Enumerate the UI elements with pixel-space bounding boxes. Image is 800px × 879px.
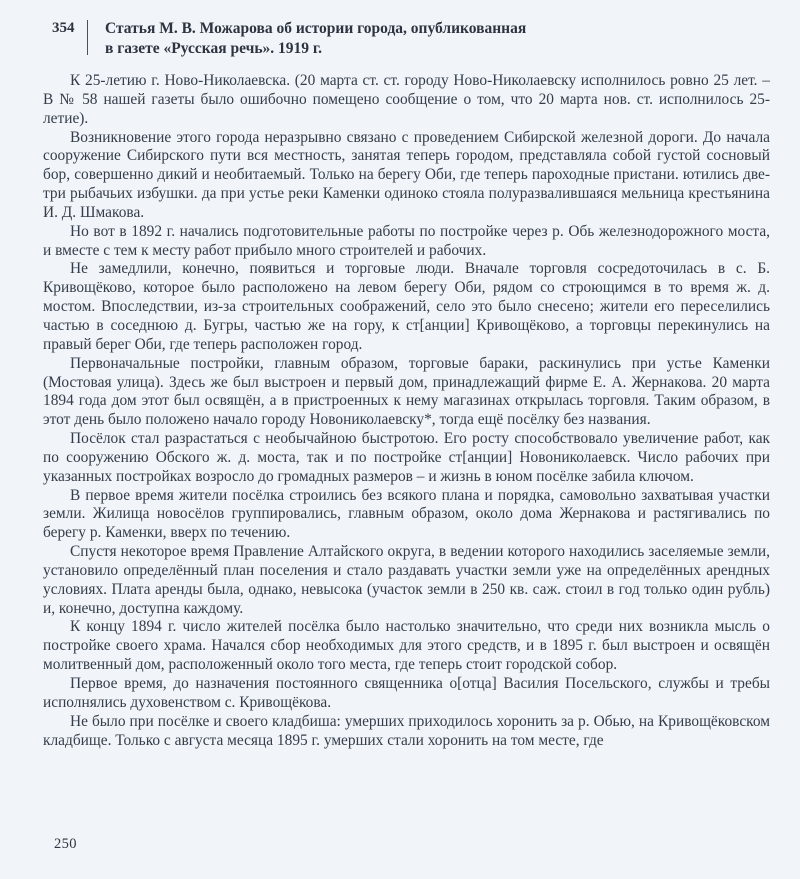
header-divider (87, 20, 89, 55)
article-paragraph: Спустя некоторое время Правление Алтайск… (43, 543, 770, 618)
article-paragraph: К 25-летию г. Ново-Николаевска. (20 март… (43, 72, 770, 129)
page-header: 354 Статья М. В. Можарова об истории гор… (52, 19, 526, 58)
document-title-line-2: в газете «Русская речь». 1919 г. (105, 39, 526, 59)
article-paragraph: Но вот в 1892 г. начались подготовительн… (43, 223, 770, 261)
article-paragraph: Первоначальные постройки, главным образо… (43, 355, 770, 430)
article-paragraph: Первое время, до назначения постоянного … (43, 675, 770, 713)
article-paragraph: Не замедлили, конечно, появиться и торго… (43, 260, 770, 354)
article-body: К 25-летию г. Ново-Николаевска. (20 март… (43, 72, 770, 750)
article-paragraph: Возникновение этого города неразрывно св… (43, 129, 770, 223)
page-number: 250 (54, 836, 77, 853)
article-paragraph: К концу 1894 г. число жителей посёлка бы… (43, 618, 770, 675)
article-paragraph: В первое время жители посёлка строились … (43, 487, 770, 544)
document-title-line-1: Статья М. В. Можарова об истории города,… (105, 19, 526, 39)
article-paragraph: Посёлок стал разрастаться с необычайною … (43, 430, 770, 487)
margin-document-number: 354 (52, 19, 75, 58)
scanned-page: 354 Статья М. В. Можарова об истории гор… (0, 0, 800, 879)
document-title: Статья М. В. Можарова об истории города,… (105, 19, 526, 58)
article-paragraph: Не было при посёлке и своего кладбиша: у… (43, 713, 770, 751)
